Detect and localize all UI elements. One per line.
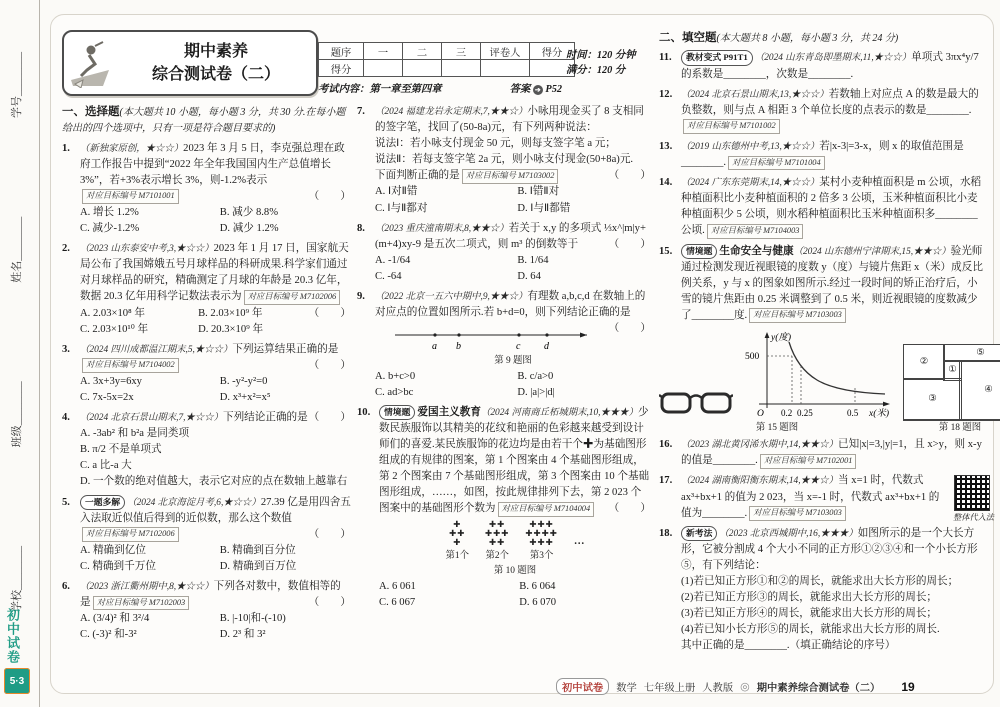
figure-18: ② ⑤ ① ③ ④ 第 18 题图 xyxy=(903,344,1000,435)
tag-multi-solution: 一题多解 xyxy=(80,495,125,510)
section-1-title: 一、选择题 xyxy=(62,106,120,118)
problem-number: 12. xyxy=(659,87,681,135)
option-a: A. 2.03×10⁸ 年 xyxy=(80,306,196,322)
problem-9: 9. （2022 北京一五六中期中,9,★★☆）有理数 a,b,c,d 在数轴上… xyxy=(357,289,651,401)
column-3: 二、填空题(本大题共 8 小题，每小题 3 分，共 24 分) 11. 教材变式… xyxy=(659,30,988,658)
class-field: 班级________ xyxy=(8,381,28,447)
square-2: ② xyxy=(903,344,945,380)
answer-label: 答案 xyxy=(510,84,531,95)
problem-8: 8. （2023 重庆潼南期末,8,★★☆）若关于 x,y 的多项式 ⅓x^|m… xyxy=(357,221,651,285)
page-footer: 初中试卷 数学 七年级上册 人教版 ◎ 期中素养综合测试卷（二） 19 xyxy=(556,678,915,695)
problem-number: 1. xyxy=(62,141,80,238)
footer-grade: 七年级上册 xyxy=(644,679,695,694)
option-a: A. b+c>0 xyxy=(375,369,515,385)
option-d: D. 64 xyxy=(517,269,651,285)
problem-number: 7. xyxy=(357,104,375,217)
option-a: A. -3ab² 和 b²a 是同类项 xyxy=(80,426,351,442)
pattern-2-label: 第2个 xyxy=(485,549,509,563)
glasses-icon xyxy=(659,386,733,420)
x-tick-02: 0.2 xyxy=(781,408,792,418)
problem-6: 6. （2023 浙江衢州期中,8,★☆☆）下列各对数中，数值相等的是对应目标编… xyxy=(62,579,351,643)
option-c: C. -64 xyxy=(375,269,515,285)
theme-label: 生命安全与健康 xyxy=(719,246,793,257)
figure-10-caption: 第 10 题图 xyxy=(379,564,651,578)
problem-4: 4. （2024 北京石景山期末,7,★☆☆）下列结论正确的是（ ） A. -3… xyxy=(62,410,351,490)
time-score-info: 时间：120 分钟 满分：120 分 xyxy=(566,48,636,79)
problem-13: 13. （2019 山东德州中考,13,★☆☆）若|x-3|=3-x，则 x 的… xyxy=(659,139,988,171)
qr-caption: 整体代入法 xyxy=(953,512,994,524)
y-axis-label: y(度) xyxy=(770,331,791,343)
exam-full-score: 满分：120 分 xyxy=(566,63,636,78)
target-code: 对应目标编号 M7104003 xyxy=(707,224,804,239)
problem-18: 18. 新考法（2023 北京西城期中,16,★★★）如图所示的是一个大长方形，… xyxy=(659,526,988,655)
option-c: C. 7x-5x=2x xyxy=(80,390,218,406)
point-a-label: a xyxy=(432,341,437,352)
inverse-proportion-graph: y(度) 500 O 0.2 0.25 0.5 x(米) xyxy=(737,328,895,420)
problem-source: （2024 广东东莞期末,14,★☆☆） xyxy=(681,178,819,188)
problem-source: （2024 北京石景山期末,13,★☆☆） xyxy=(681,90,829,100)
score-header-three: 三 xyxy=(442,43,481,60)
option-c: C. 减少-1.2% xyxy=(80,221,218,237)
problem-source: （2023 浙江衢州期中,8,★☆☆） xyxy=(80,582,214,592)
option-a: A. -1/64 xyxy=(375,253,515,269)
problem-source: （2022 北京一五六中期中,9,★★☆） xyxy=(375,292,527,302)
brand-logo: 5·3 xyxy=(4,668,30,694)
target-code: 对应目标编号 M7104004 xyxy=(498,502,595,517)
problem-number: 3. xyxy=(62,342,80,406)
option-c: C. ad>bc xyxy=(375,385,515,401)
tag-new-method: 新考法 xyxy=(681,526,717,541)
page-number: 19 xyxy=(901,680,914,694)
problem-3: 3. （2024 四川成都温江期末,5,★☆☆）下列运算结果正确的是对应目标编号… xyxy=(62,342,351,406)
problem-text: 少数民族服饰以其精美的花纹和艳丽的色彩越来越受到设计师们的喜爱.某民族服饰的花边… xyxy=(379,407,649,515)
exam-scope: 考试内容：第一章至第四章 xyxy=(318,80,442,95)
footer-subject: 数学 xyxy=(616,679,637,694)
problem-7: 7. （2024 福建龙岩永定期末,7,★★☆）小咏用现金买了 8 支相同的签字… xyxy=(357,104,651,217)
answer-arrow-icon: ➔ xyxy=(533,85,543,95)
problem-2: 2. （2023 山东泰安中考,3,★☆☆）2023 年 1 月 17 日，国家… xyxy=(62,241,351,338)
option-b: B. c/a>0 xyxy=(517,369,651,385)
answer-bracket: （ ） xyxy=(309,306,351,322)
score-cell xyxy=(481,60,530,77)
problem-number: 13. xyxy=(659,139,681,171)
target-code: 对应目标编号 M7101004 xyxy=(728,156,825,171)
problem-number: 9. xyxy=(357,289,375,401)
figure-9-caption: 第 9 题图 xyxy=(375,354,651,368)
option-b: B. Ⅰ错Ⅱ对 xyxy=(517,184,651,200)
answer-bracket: （ ） xyxy=(309,527,351,543)
x-tick-05: 0.5 xyxy=(847,408,859,418)
problem-11: 11. 教材变式 P91T1（2024 山东青岛即墨期末,11,★☆☆）单项式 … xyxy=(659,50,988,82)
left-margin-line xyxy=(39,0,40,707)
option-c: C. 6 067 xyxy=(379,595,517,611)
section-1-heading: 一、选择题(本大题共 10 小题，每小题 3 分，共 30 分.在每小题给出的四… xyxy=(62,104,351,138)
junior-paper-stamp: 初中试卷 xyxy=(6,608,22,668)
pattern-1-label: 第1个 xyxy=(446,549,469,563)
option-d: D. 2³ 和 3² xyxy=(220,627,351,643)
option-b: B. 精确到百分位 xyxy=(220,543,351,559)
cross-row: ✚ xyxy=(446,538,469,547)
score-cell xyxy=(403,60,442,77)
option-d: D. 精确到百万位 xyxy=(220,559,351,575)
option-c: C. 2.03×10¹⁰ 年 xyxy=(80,322,196,338)
score-table: 题序 一 二 三 评卷人 得分 得分 xyxy=(318,42,575,77)
paper-title-line2: 综合测试卷（二） xyxy=(116,63,316,86)
target-code: 对应目标编号 M7103002 xyxy=(462,169,559,184)
option-a: A. 增长 1.2% xyxy=(80,205,218,221)
option-b: B. -y²-y²=0 xyxy=(220,374,351,390)
answer-ref: 答案 ➔ P52 xyxy=(510,80,562,95)
option-a: A. Ⅰ对Ⅱ错 xyxy=(375,184,515,200)
option-b: B. π/2 不是单项式 xyxy=(80,442,351,458)
conclusion-2: (2)若已知正方形③的周长，就能求出大长方形的周长； xyxy=(681,590,988,606)
problem-source: （2024 福建龙岩永定期末,7,★★☆） xyxy=(375,107,527,117)
score-cell xyxy=(442,60,481,77)
pattern-3-label: 第3个 xyxy=(525,549,558,563)
answer-bracket: （ ） xyxy=(309,189,351,205)
problem-text: 下列结论正确的是 xyxy=(223,412,308,423)
problem-number: 15. xyxy=(659,244,681,324)
problem-5: 5. 一题多解（2024 北京海淀月考,6,★☆☆）27.39 亿是用四舍五入法… xyxy=(62,495,351,575)
problem-14: 14. （2024 广东东莞期末,14,★☆☆）某村小麦种植面积是 m 公顷，水… xyxy=(659,175,988,239)
problem-text: 下列运算结果正确的是 xyxy=(232,344,338,355)
option-c: C. Ⅰ与Ⅱ都对 xyxy=(375,201,515,217)
option-b: B. |-10|和-(-10) xyxy=(220,611,351,627)
square-3: ③ xyxy=(903,378,962,421)
problem-source: （2023 重庆潼南期末,8,★★☆） xyxy=(375,224,509,234)
rectangle-diagram: ② ⑤ ① ③ ④ xyxy=(903,344,1000,420)
problem-source: （2024 河南商丘柘城期末,10,★★★） xyxy=(481,408,638,418)
student-info-fields: 学校________ 班级________ 姓名________ 学号_____… xyxy=(8,52,28,612)
score-header-grader: 评卷人 xyxy=(481,43,530,60)
number-line-figure: a b c d xyxy=(387,323,597,353)
target-code: 对应目标编号 M7104002 xyxy=(82,358,179,373)
option-a: A. (3/4)² 和 3²/4 xyxy=(80,611,218,627)
score-header-order: 题序 xyxy=(319,43,364,60)
problem-source: （2024 北京海淀月考,6,★☆☆） xyxy=(127,498,261,508)
option-b: B. 6 064 xyxy=(519,579,651,595)
option-a: A. 精确到亿位 xyxy=(80,543,218,559)
student-id-field: 学号________ xyxy=(8,52,28,118)
conclusion-answer-line: 其中正确的是________.（填正确结论的序号） xyxy=(681,638,988,654)
problem-number: 10. xyxy=(357,405,379,611)
option-b: B. 2.03×10⁹ 年 xyxy=(198,306,309,322)
problem-number: 8. xyxy=(357,221,375,285)
x-tick-025: 0.25 xyxy=(797,408,813,418)
score-cell xyxy=(364,60,403,77)
problem-source: （2024 湖南衡阳衡东期末,14,★★☆） xyxy=(681,476,838,486)
problem-number: 6. xyxy=(62,579,80,643)
pattern-3: ✚✚✚ ✚✚✚✚ ✚✚✚ 第3个 xyxy=(525,520,558,563)
figure-18-caption: 第 18 题图 xyxy=(903,421,1000,435)
option-a: A. 3x+3y=6xy xyxy=(80,374,218,390)
x-axis-label: x(米) xyxy=(868,408,889,419)
school-field: 学校________ xyxy=(8,546,28,612)
problem-source: （2023 湖北黄冈浠水期中,14,★★☆） xyxy=(681,440,838,450)
problem-source: （2024 北京石景山期末,7,★☆☆） xyxy=(80,413,223,423)
point-d-label: d xyxy=(544,341,550,352)
statement-1: 说法Ⅰ：若小咏支付现金 50 元，则每支签字笔 a 元； xyxy=(375,136,651,152)
tag-textbook-variant: 教材变式 P91T1 xyxy=(681,50,753,65)
problem-number: 18. xyxy=(659,526,681,655)
theme-label: 爱国主义教育 xyxy=(417,407,481,418)
answer-bracket: （ ） xyxy=(309,410,351,426)
qr-code xyxy=(954,475,990,511)
statement-2: 说法Ⅱ：若每支签字笔 2a 元，则小咏支付现金(50+8a)元. xyxy=(375,152,651,168)
footer-separator-icon: ◎ xyxy=(740,680,750,693)
section-2-title: 二、填空题 xyxy=(659,32,717,44)
cross-row: ✚✚✚ xyxy=(525,538,558,547)
section-2-heading: 二、填空题(本大题共 8 小题，每小题 3 分，共 24 分) xyxy=(659,30,988,47)
option-b: B. 减少 8.8% xyxy=(220,205,351,221)
problem-source: （2023 山东泰安中考,3,★☆☆） xyxy=(80,244,214,254)
target-code: 对应目标编号 M7103003 xyxy=(749,506,846,521)
option-c: C. (-3)² 和-3² xyxy=(80,627,218,643)
point-c-label: c xyxy=(516,341,521,352)
problem-number: 4. xyxy=(62,410,80,490)
cross-row: ✚✚ xyxy=(485,538,509,547)
target-code: 对应目标编号 M7101002 xyxy=(683,119,780,134)
name-field: 姓名________ xyxy=(8,217,28,283)
problem-source: （2024 四川成都温江期末,5,★☆☆） xyxy=(80,345,232,355)
option-d: D. |a|>|d| xyxy=(517,385,651,401)
problem-source: （新独家原创，★☆☆） xyxy=(80,144,183,154)
paper-title-line1: 期中素养 xyxy=(116,40,316,63)
problem-number: 14. xyxy=(659,175,681,239)
option-d: D. 20.3×10⁹ 年 xyxy=(198,322,309,338)
problem-number: 17. xyxy=(659,473,681,521)
pattern-figure: ✚ ✚✚ ✚ 第1个 ✚✚ ✚✚✚ ✚✚ 第2个 xyxy=(379,520,651,563)
paper-title-box: 期中素养 综合测试卷（二） xyxy=(62,30,318,96)
answer-page: P52 xyxy=(545,84,562,95)
exam-page: 学校________ 班级________ 姓名________ 学号_____… xyxy=(0,0,1000,707)
answer-bracket: （ ） xyxy=(309,358,351,374)
score-table-block: 题序 一 二 三 评卷人 得分 得分 时间：120 分钟 满分：120 分 考试… xyxy=(318,42,640,95)
option-b: B. 1/64 xyxy=(517,253,651,269)
problem-1: 1. （新独家原创，★☆☆）2023 年 3 月 5 日，李克强总理在政府工作报… xyxy=(62,141,351,238)
column-2: 7. （2024 福建龙岩永定期末,7,★★☆）小咏用现金买了 8 支相同的签字… xyxy=(357,104,651,615)
section-2-desc: (本大题共 8 小题，每小题 3 分，共 24 分) xyxy=(717,33,899,44)
option-c: C. a 比-a 大 xyxy=(80,458,351,474)
conclusion-1: (1)若已知正方形①和②的周长，就能求出大长方形的周长； xyxy=(681,574,988,590)
problem-number: 16. xyxy=(659,437,681,469)
skier-illustration-icon xyxy=(69,40,115,88)
conclusion-4: (4)若已知小长方形⑤的周长，就能求出大长方形的周长. xyxy=(681,622,988,638)
option-c: C. 精确到千万位 xyxy=(80,559,218,575)
point-b-label: b xyxy=(456,341,461,352)
problem-15: 15. 情境题生命安全与健康（2024 山东德州宁津期末,15,★★☆）验光师通… xyxy=(659,244,988,324)
exam-duration: 时间：120 分钟 xyxy=(566,48,636,63)
tag-context-question: 情境题 xyxy=(681,244,717,259)
problem-17: 17. （2024 湖南衡阳衡东期末,14,★★☆）当 x=1 时，代数式 ax… xyxy=(659,473,988,521)
option-d: D. 减少 1.2% xyxy=(220,221,351,237)
target-code: 对应目标编号 M7103003 xyxy=(749,308,846,323)
target-code: 对应目标编号 M7102003 xyxy=(93,596,190,611)
answer-bracket: （ ） xyxy=(609,237,651,253)
target-code: 对应目标编号 M7102006 xyxy=(244,290,341,305)
target-code: 对应目标编号 M7101001 xyxy=(82,189,179,204)
pattern-2: ✚✚ ✚✚✚ ✚✚ 第2个 xyxy=(485,520,509,563)
problem-source: （2024 山东青岛即墨期末,11,★☆☆） xyxy=(755,53,911,63)
footer-series-tag: 初中试卷 xyxy=(556,678,609,695)
problem-number: 5. xyxy=(62,495,80,575)
target-code: 对应目标编号 M7102001 xyxy=(760,454,857,469)
option-a: A. 6 061 xyxy=(379,579,517,595)
target-code: 对应目标编号 M7102006 xyxy=(82,527,179,542)
figure-15-caption: 第 15 题图 xyxy=(659,421,895,435)
pattern-1: ✚ ✚✚ ✚ 第1个 xyxy=(446,520,469,563)
column-1: 一、选择题(本大题共 10 小题，每小题 3 分，共 30 分.在每小题给出的四… xyxy=(62,104,351,647)
score-header-two: 二 xyxy=(403,43,442,60)
problem-16: 16. （2023 湖北黄冈浠水期中,14,★★☆）已知|x|=3,|y|=1，… xyxy=(659,437,988,469)
problem-12: 12. （2024 北京石景山期末,13,★☆☆）若数轴上对应点 A 的数是最大… xyxy=(659,87,988,135)
tag-context-question: 情境题 xyxy=(379,405,415,420)
option-d: D. 6 070 xyxy=(519,595,651,611)
answer-bracket: （ ） xyxy=(609,321,651,337)
option-d: D. 一个数的绝对值越大，表示它对应的点在数轴上越靠右 xyxy=(80,474,351,490)
problem-text: 下面判断正确的是 xyxy=(375,170,460,181)
problem-number: 11. xyxy=(659,50,681,82)
problem-10: 10. 情境题爱国主义教育（2024 河南商丘柘城期末,10,★★★）少数民族服… xyxy=(357,405,651,611)
problem-source: （2019 山东德州中考,13,★☆☆） xyxy=(681,142,819,152)
footer-edition: 人教版 xyxy=(702,679,733,694)
y-tick-500: 500 xyxy=(745,352,760,362)
figure-15: y(度) 500 O 0.2 0.25 0.5 x(米) 第 15 题 xyxy=(659,328,895,435)
conclusion-3: (3)若已知正方形④的周长，就能求出大长方形的周长； xyxy=(681,606,988,622)
problem-source: （2023 北京西城期中,16,★★★） xyxy=(719,529,857,539)
problem-number: 2. xyxy=(62,241,80,338)
ellipsis: … xyxy=(574,534,585,550)
answer-bracket: （ ） xyxy=(309,595,351,611)
option-d: D. Ⅰ与Ⅱ都错 xyxy=(517,201,651,217)
answer-bracket: （ ） xyxy=(609,501,651,517)
figures-15-18-row: y(度) 500 O 0.2 0.25 0.5 x(米) 第 15 题 xyxy=(659,328,988,435)
score-header-one: 一 xyxy=(364,43,403,60)
score-row2-label: 得分 xyxy=(319,60,364,77)
square-4: ④ xyxy=(959,360,1000,421)
option-d: D. x³+x²=x⁵ xyxy=(220,390,351,406)
answer-bracket: （ ） xyxy=(609,168,651,184)
footer-paper-name: 期中素养综合测试卷（二） xyxy=(757,679,881,694)
problem-source: （2024 山东德州宁津期末,15,★★☆） xyxy=(794,247,951,257)
origin-label: O xyxy=(757,409,764,419)
